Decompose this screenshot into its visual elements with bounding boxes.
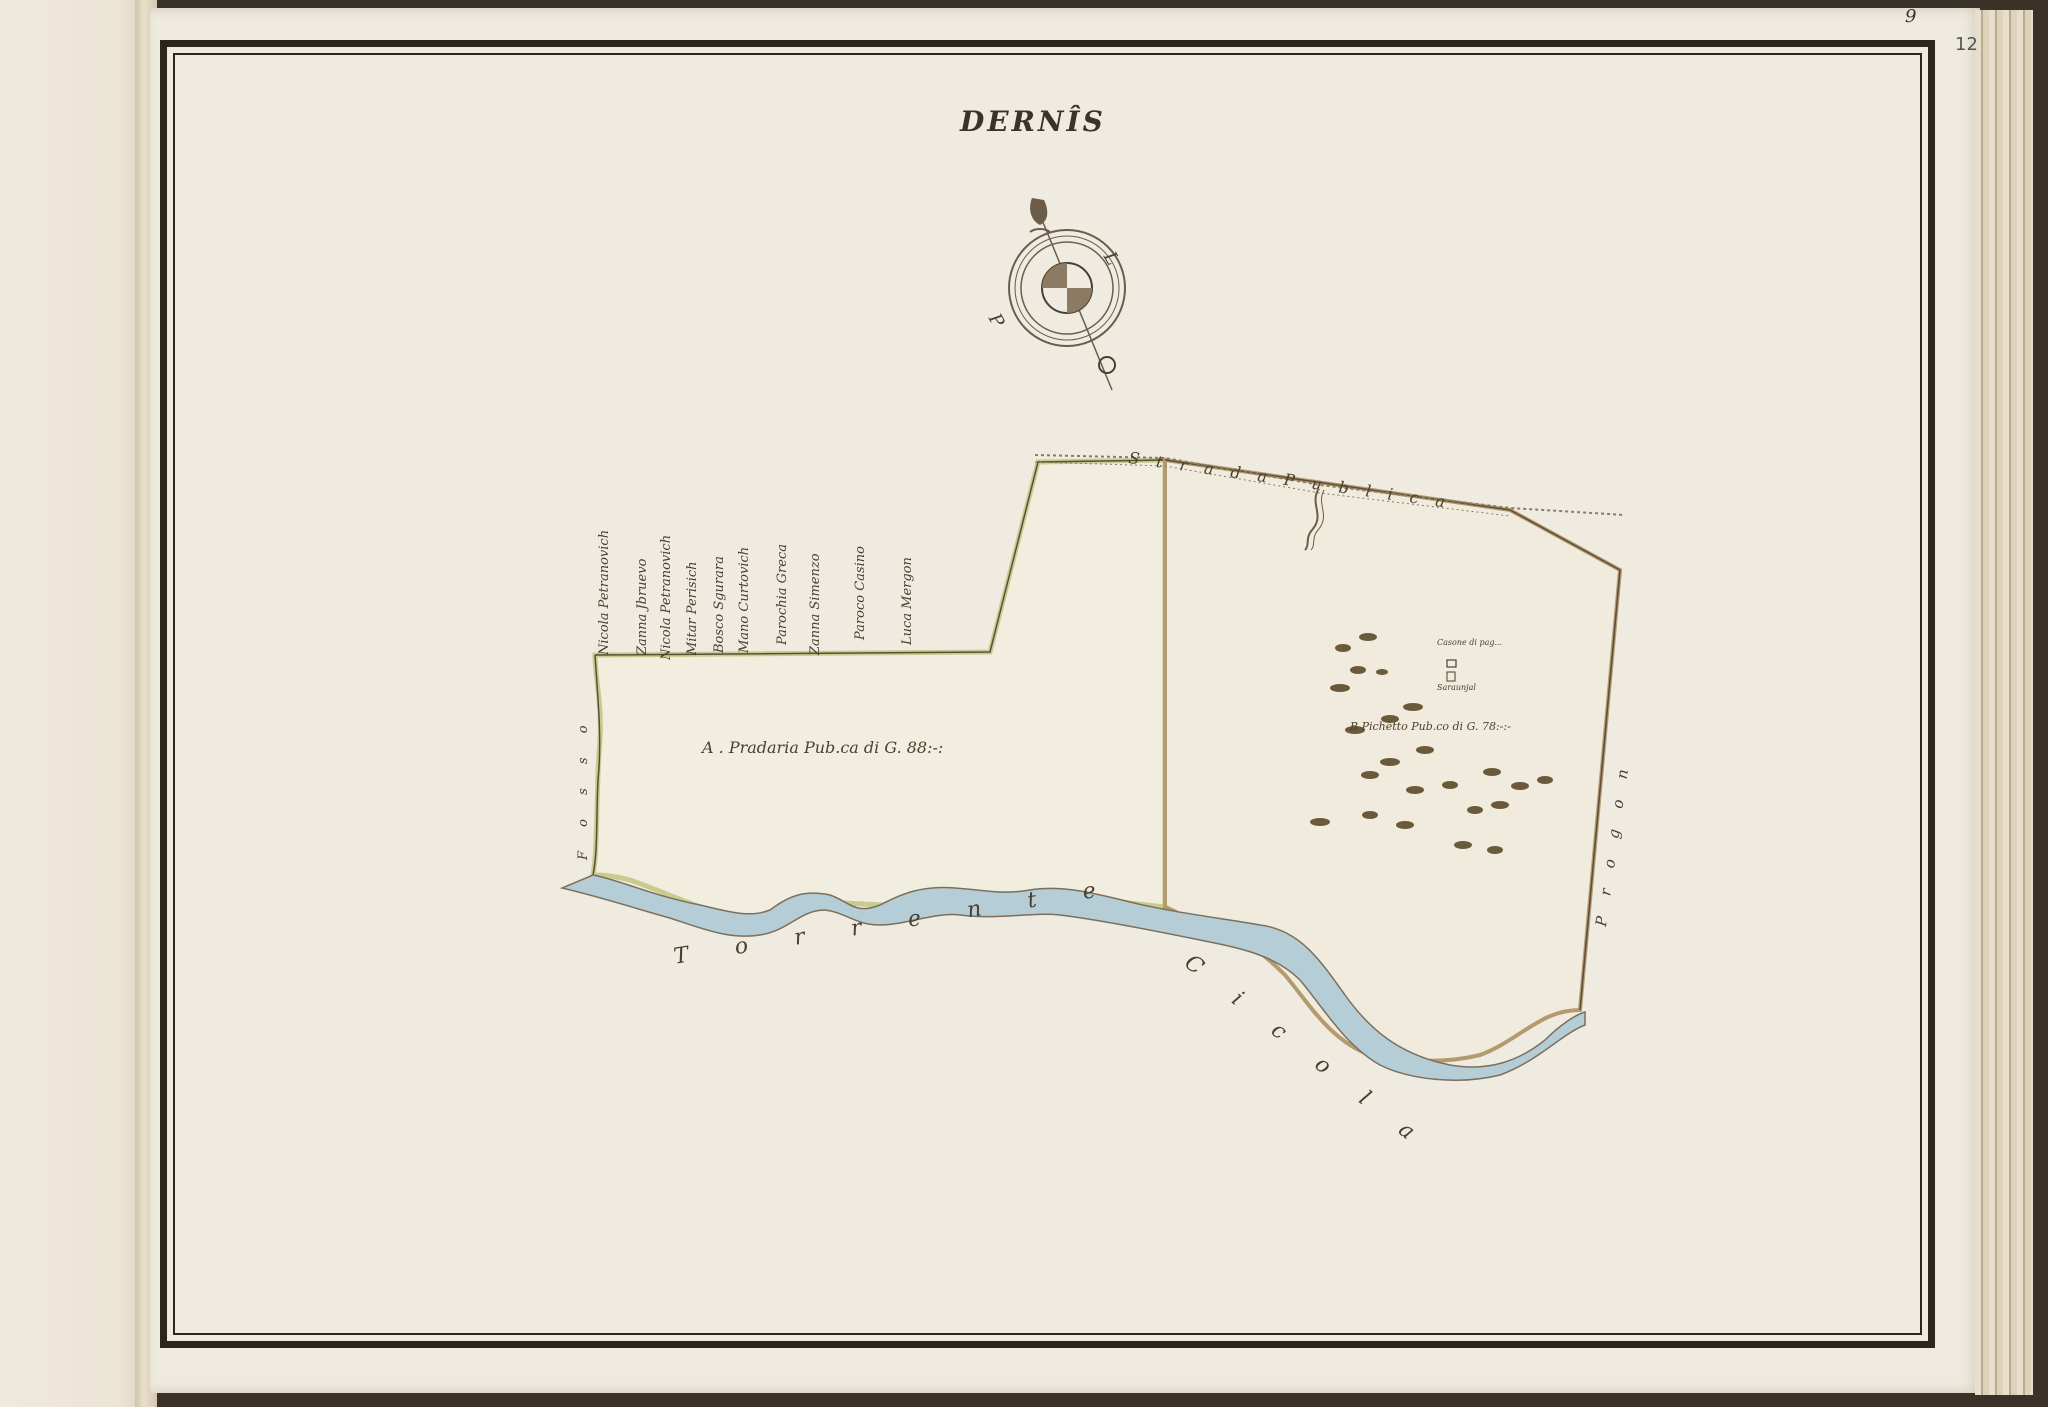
building-label-2: Saraunjal	[1437, 683, 1476, 692]
compass-rose	[1009, 198, 1125, 390]
building-label-1: Casone di pag...	[1437, 638, 1502, 647]
owner-name: Nicola Petranovich	[659, 535, 674, 660]
owner-name: Mano Curtovich	[737, 547, 752, 653]
owner-name: Zanna Simenzo	[808, 553, 823, 655]
owner-name: Bosco Sgurara	[712, 556, 727, 653]
owner-name: Nicola Petranovich	[597, 530, 612, 655]
owner-name: Mitar Perisich	[685, 561, 700, 655]
boundary-label-fosso: F o s s o	[576, 715, 591, 860]
map-drawing	[0, 0, 2048, 1407]
owner-name: Luca Mergon	[900, 557, 915, 645]
map-title: DERNÎS	[960, 105, 1106, 138]
scanned-atlas-page: 9 12	[0, 0, 2048, 1407]
owner-name: Parochia Greca	[775, 544, 790, 645]
owner-name: Zanna Jbruevo	[635, 559, 650, 655]
parcel-a-label: A . Pradaria Pub.ca di G. 88:-:	[702, 738, 943, 757]
parcel-a-boundary	[593, 460, 1165, 917]
parcel-b-label: B Pichetto Pub.co di G. 78:-:-	[1350, 720, 1511, 733]
owner-name: Paroco Casino	[853, 546, 868, 640]
